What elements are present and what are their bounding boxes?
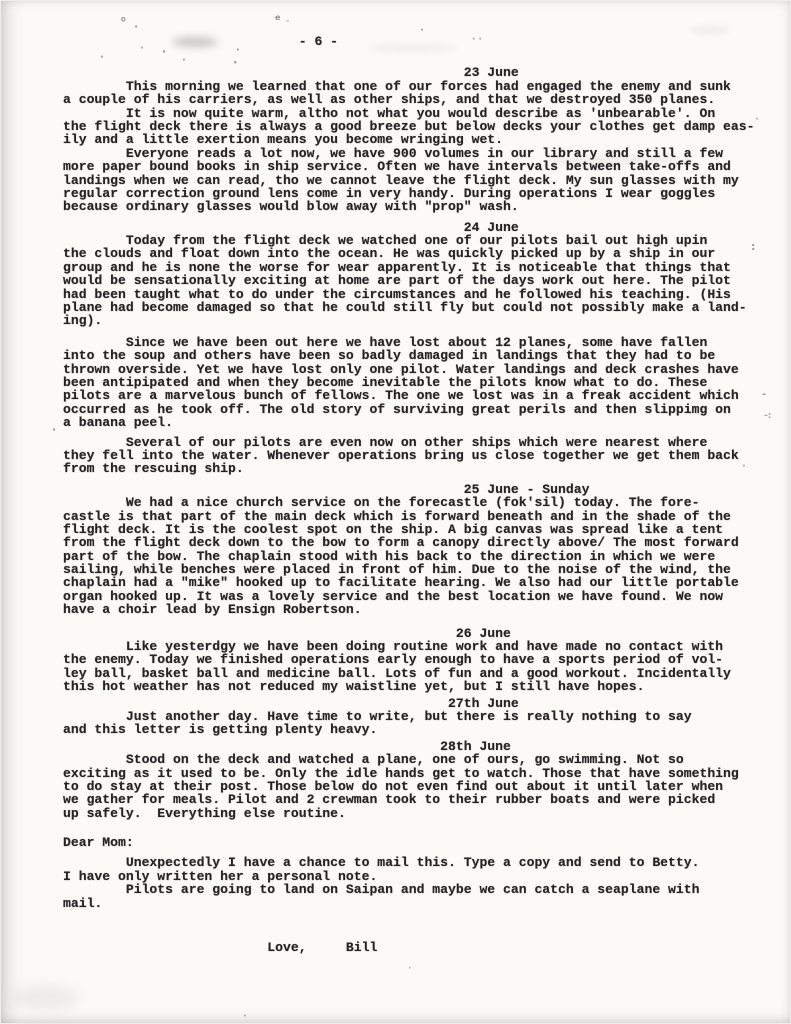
scan-smudge [10, 985, 80, 1010]
body-line: castle is that part of the main deck whi… [63, 510, 783, 523]
ink-speck: - [762, 390, 766, 400]
body-line: a couple of his carriers, as well as oth… [63, 93, 783, 106]
body-line: been antipipated and when they become in… [63, 376, 783, 389]
ink-speck: · [100, 53, 104, 63]
ink-speck: · [140, 44, 144, 54]
body-line: to do stay at their post. Those below do… [63, 780, 783, 793]
body-line: they fell into the water. Whenever opera… [63, 449, 783, 462]
date-heading: 25 June - Sunday [63, 483, 783, 496]
ink-speck: ° [120, 17, 127, 30]
body-line: we gather for meals. Pilot and 2 crewman… [63, 793, 783, 806]
body-line: Stood on the deck and watched a plane, o… [63, 753, 783, 766]
body-line: Since we have been out here we have lost… [63, 336, 783, 349]
body-line: It is now quite warm, altho not what you… [63, 107, 783, 120]
body-line: sailing, while benches were placed in fr… [63, 563, 783, 576]
letter-lines: - 6 - 23 June This morning we learned th… [63, 35, 783, 954]
body-line: Today from the flight deck we watched on… [63, 234, 783, 247]
body-line: this hot weather has not reduced my wais… [63, 680, 783, 693]
body-line: plane had become damaged so that he coul… [63, 301, 783, 314]
ink-speck: · [755, 115, 759, 125]
body-line: from the flight deck down to the bow to … [63, 536, 783, 549]
date-heading: 23 June [63, 66, 783, 79]
signature: Love, Bill [63, 941, 783, 954]
ink-speck: · [236, 46, 240, 56]
body-line: chaplain had a "mike" hooked up to facil… [63, 576, 783, 589]
body-line: ily and a little exertion means you beco… [63, 133, 783, 146]
scan-smudge [545, 157, 695, 164]
body-line: the clouds and float down into the ocean… [63, 247, 783, 260]
body-line: part of the bow. The chaplain stood with… [63, 550, 783, 563]
ink-speck: · [52, 424, 56, 435]
body-line: This morning we learned that one of our … [63, 80, 783, 93]
body-line: exciting as it used to be. Only the idle… [63, 767, 783, 780]
body-line: have a choir lead by Ensign Robertson. [63, 603, 783, 616]
body-line: Just another day. Have time to write, bu… [63, 710, 783, 723]
body-line: landings when we can read, tho we cannot… [63, 174, 783, 187]
body-line: Like yesterdgy we have been doing routin… [63, 640, 783, 653]
date-heading: 28th June [63, 740, 783, 753]
body-line: organ hooked up. It was a lovely service… [63, 590, 783, 603]
date-heading: 26 June [63, 627, 783, 640]
body-line: because ordinary glasses would blow away… [63, 200, 783, 213]
body-line: Several of our pilots are even now on ot… [63, 436, 783, 449]
salutation: Dear Mom: [63, 836, 783, 849]
ink-speck: : [751, 241, 755, 252]
date-heading: 24 June [63, 221, 783, 234]
scanned-letter-page: - 6 - 23 June This morning we learned th… [0, 0, 791, 1024]
scan-smudge [172, 37, 218, 47]
date-heading: 27th June [63, 697, 783, 710]
body-line: Unexpectedly I have a chance to mail thi… [63, 856, 783, 869]
ink-speck: · [134, 21, 138, 32]
body-line: the enemy. Today we finished operations … [63, 653, 783, 666]
body-line: flight deck. It is the coolest spot on t… [63, 523, 783, 536]
body-line: from the rescuing ship. [63, 462, 783, 475]
body-line: regular correction ground lens come in v… [63, 187, 783, 200]
body-line: a banana peel. [63, 416, 783, 429]
body-line: up safely. Everything else routine. [63, 807, 783, 820]
ink-speck: · [182, 56, 186, 66]
ink-speck: - [286, 17, 289, 25]
ink-speck: · [408, 965, 411, 974]
body-line: occurred as he took off. The old story o… [63, 403, 783, 416]
body-line: I have only written her a personal note. [63, 870, 783, 883]
body-line: We had a nice church service on the fore… [63, 496, 783, 509]
body-line: the flight deck there is always a good b… [63, 120, 783, 133]
body-line: and this letter is getting plenty heavy. [63, 723, 783, 736]
scan-smudge [690, 26, 730, 34]
body-line: mail. [63, 897, 783, 910]
body-line: ley ball, basket ball and medicine ball.… [63, 667, 783, 680]
body-line: had been taught what to do under the cir… [63, 288, 783, 301]
body-line: thrown overside. Yet we have lost only o… [63, 363, 783, 376]
ink-speck: e [275, 14, 280, 22]
ink-speck: · · [472, 36, 482, 45]
scan-smudge [368, 44, 458, 52]
ink-speck: • [233, 60, 237, 67]
ink-speck: -: [764, 412, 771, 421]
ink-speck: · [243, 1012, 247, 1022]
body-line: into the soup and others have been so ba… [63, 349, 783, 362]
body-line: Pilots are going to land on Saipan and m… [63, 883, 783, 896]
body-line: would be sensationally exciting at home … [63, 274, 783, 287]
body-line: pilots are a marvelous bunch of fellows.… [63, 389, 783, 402]
body-line: group and he is none the worse for wear … [63, 261, 783, 274]
body-line: ing). [63, 314, 783, 327]
ink-speck: · [162, 46, 166, 57]
ink-speck: · [420, 26, 424, 36]
ink-speck: · [742, 462, 746, 472]
